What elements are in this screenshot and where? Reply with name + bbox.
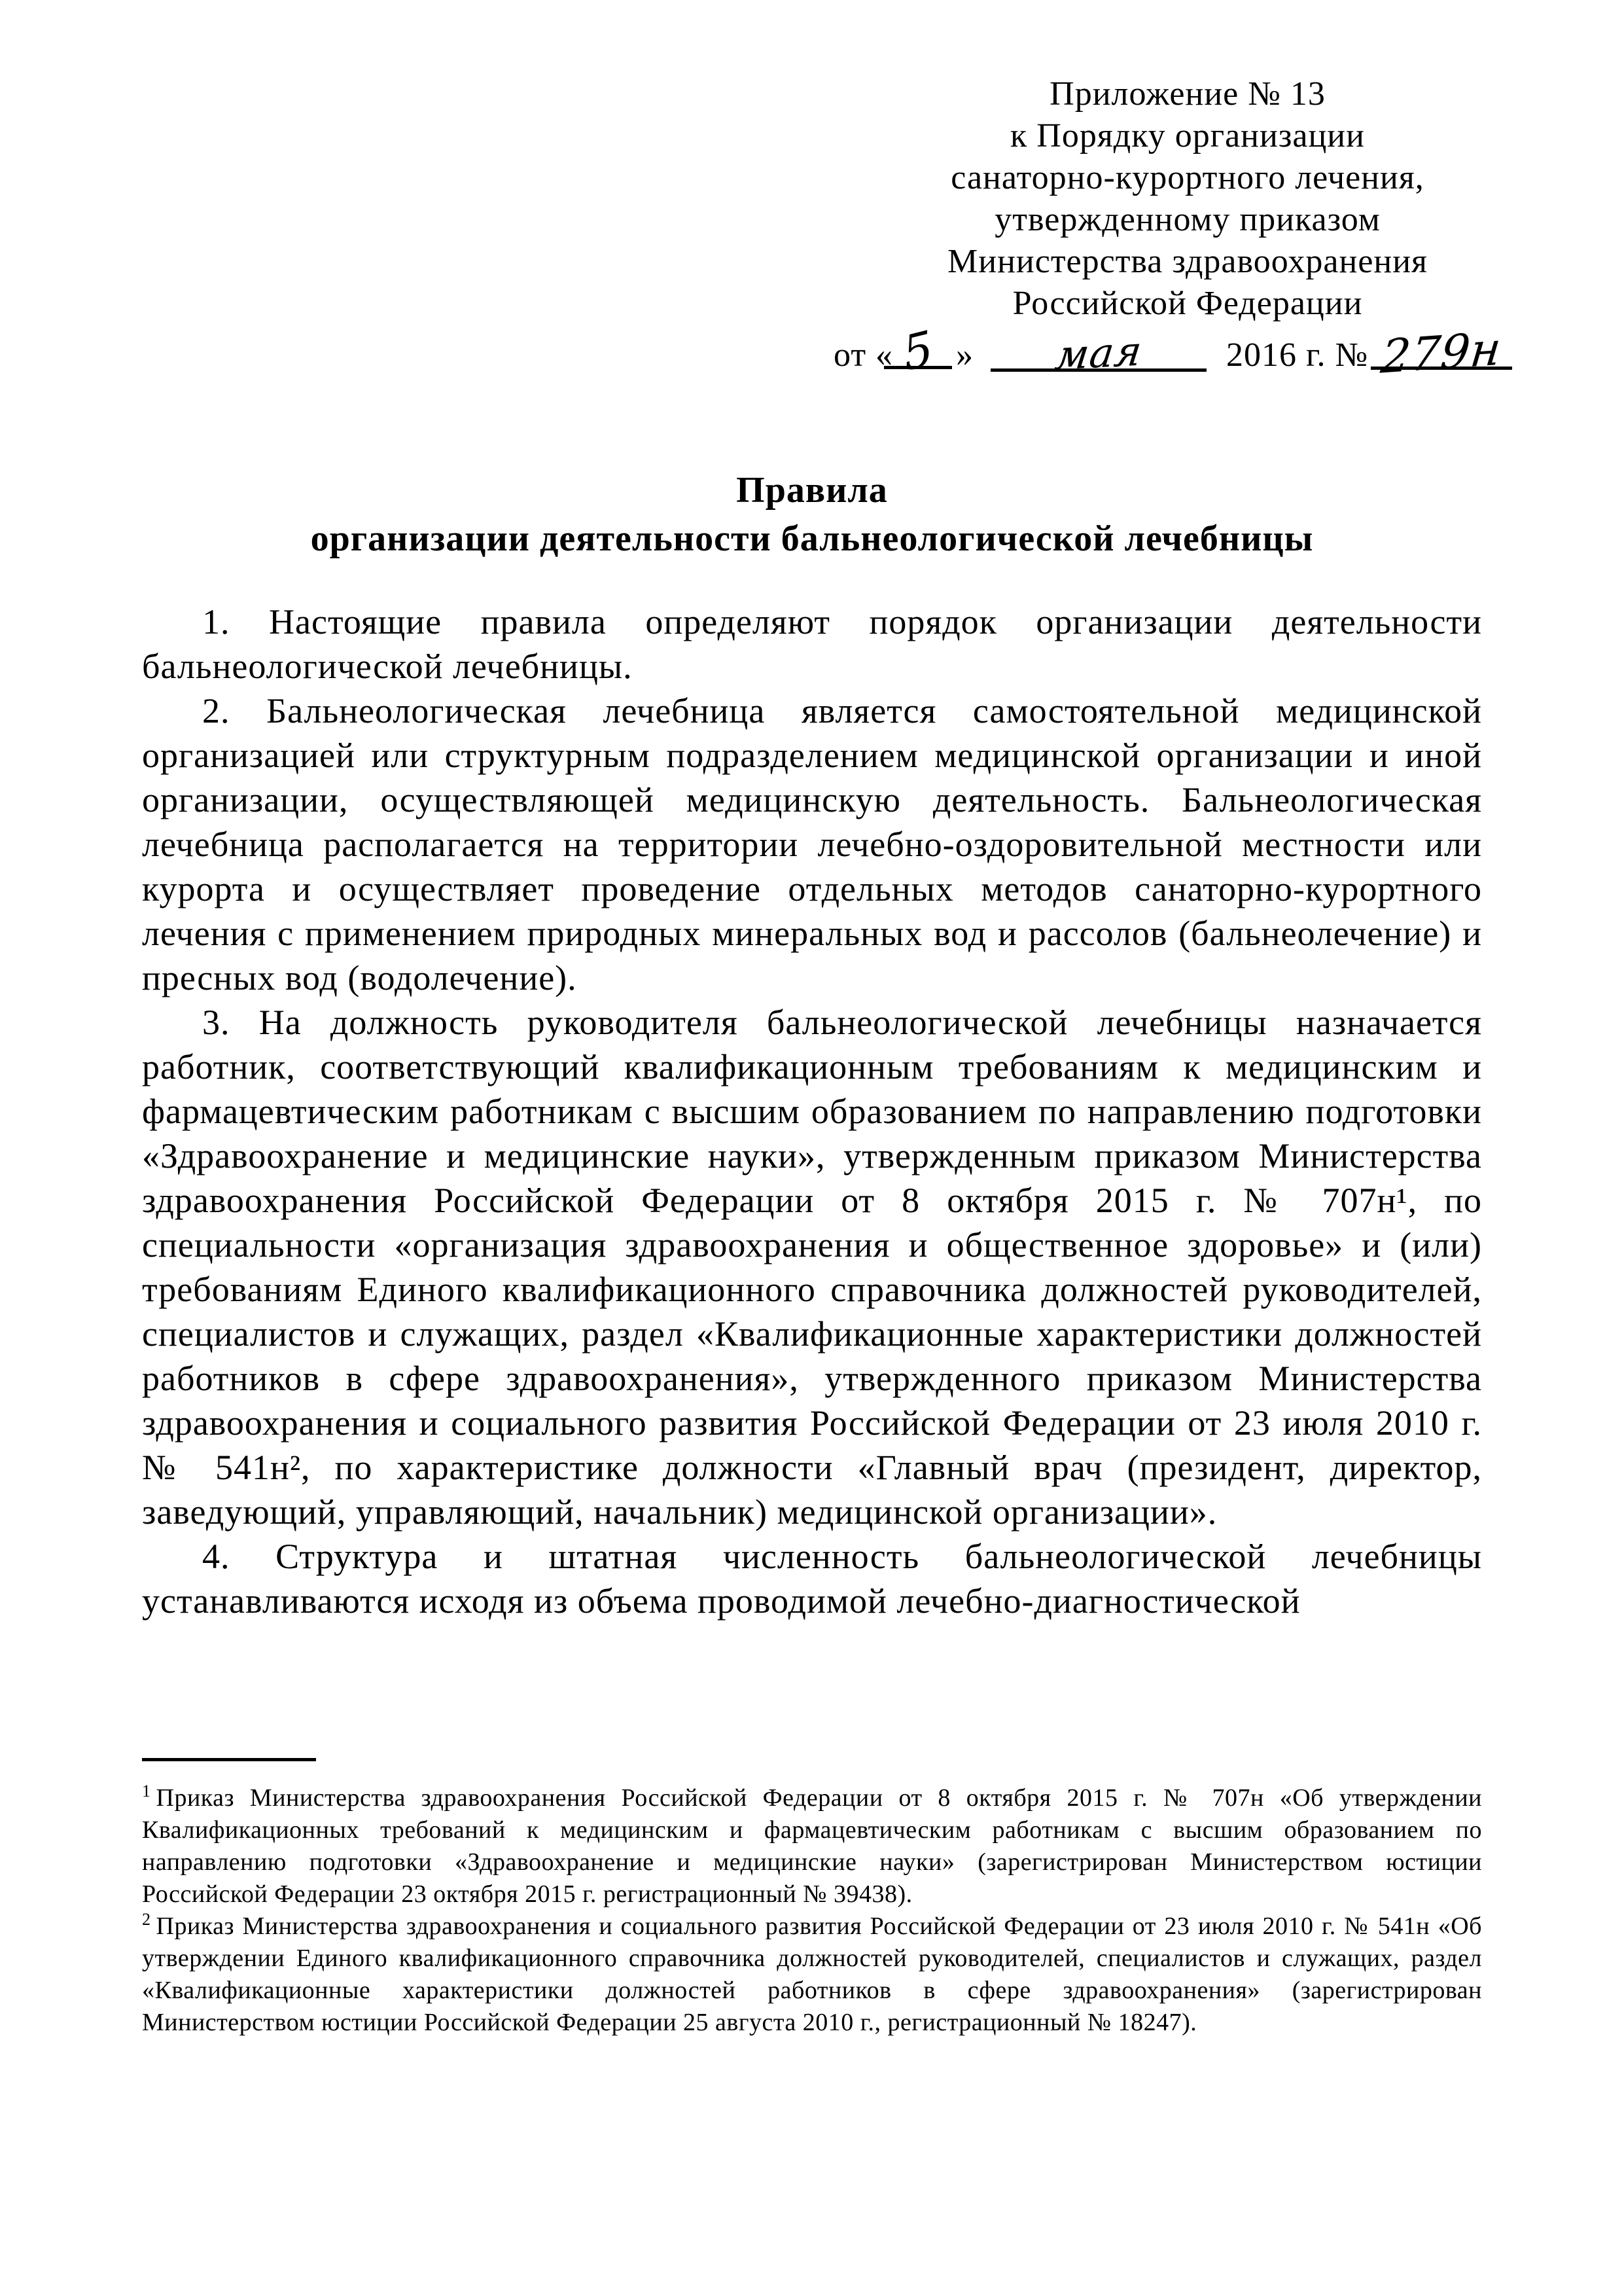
title-line-2: организации деятельности бальнеологическ… [142,514,1482,563]
footnote-1-marker: 1 [142,1782,151,1801]
header-line-federation: Российской Федерации [857,283,1518,325]
header-line-ministry: Министерства здравоохранения [857,241,1518,283]
header-line-appendix-number: Приложение № 13 [857,73,1518,115]
footnote-1-text: Приказ Министерства здравоохранения Росс… [142,1784,1482,1908]
handwritten-order-number: 279н [1379,327,1504,378]
paragraph-1: 1. Настоящие правила определяют порядок … [142,600,1482,689]
header-line-order-ref-1: к Порядку организации [857,115,1518,157]
date-year-number-label: 2016 г. № [1226,336,1368,374]
day-blank-underline: 5 [884,329,952,369]
footnote-1: 1Приказ Министерства здравоохранения Рос… [142,1782,1482,1910]
title-line-1: Правила [142,466,1482,514]
header-line-approved-by: утвержденному приказом [857,199,1518,241]
date-close-quote: » [956,336,974,374]
document-body: 1. Настоящие правила определяют порядок … [142,600,1482,1623]
document-page: Приложение № 13 к Порядку организации са… [0,0,1624,2296]
document-title: Правила организации деятельности бальнео… [142,466,1482,563]
paragraph-4: 4. Структура и штатная численность бальн… [142,1534,1482,1623]
header-line-order-ref-2: санаторно-курортного лечения, [857,157,1518,199]
handwritten-month: мая [1053,330,1144,376]
appendix-header: Приложение № 13 к Порядку организации са… [857,73,1518,376]
footnote-separator-rule [142,1758,316,1761]
footnote-2: 2Приказ Министерства здравоохранения и с… [142,1910,1482,2039]
footnotes-section: 1Приказ Министерства здравоохранения Рос… [142,1758,1482,2039]
order-number-blank-underline: 279н [1371,329,1512,370]
month-blank-underline: мая [991,331,1207,372]
footnote-2-marker: 2 [142,1910,151,1929]
handwritten-day: 5 [900,326,936,375]
date-line: от «5»мая2016 г. №279н [834,329,1518,376]
paragraph-2: 2. Бальнеологическая лечебница является … [142,689,1482,1000]
paragraph-3: 3. На должность руководителя бальнеологи… [142,1000,1482,1534]
footnote-2-text: Приказ Министерства здравоохранения и со… [142,1912,1482,2036]
